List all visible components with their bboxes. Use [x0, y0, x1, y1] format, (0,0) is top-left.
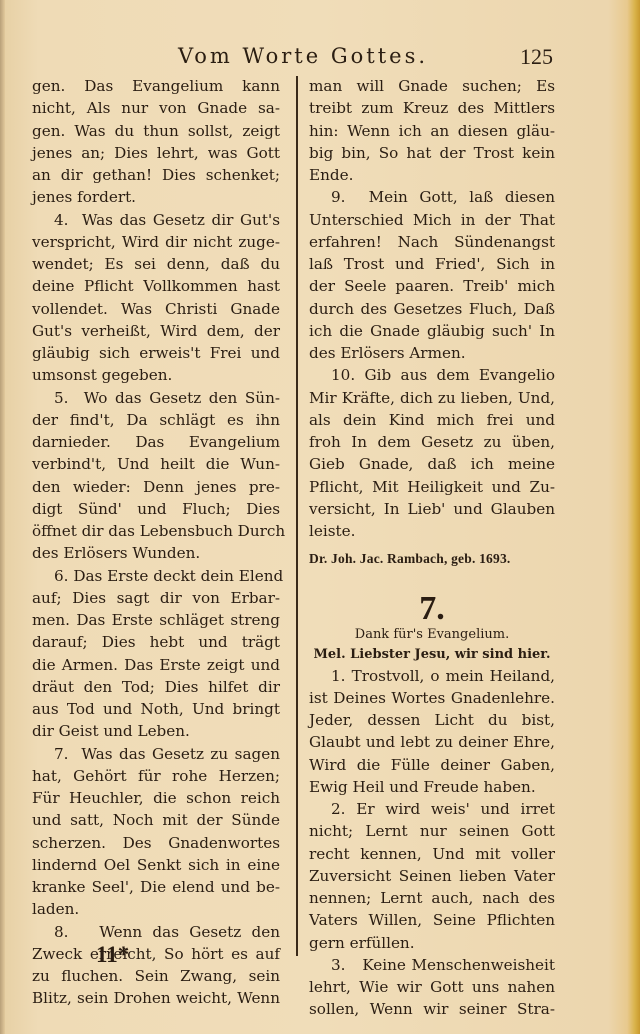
hymn-title: Dank für's Evangelium. — [309, 625, 555, 645]
text-line: froh In dem Gesetz zu üben, — [309, 431, 555, 453]
text-line: der find't, Da schlägt es ihn — [32, 409, 280, 431]
text-line: des Erlösers Wunden. — [32, 542, 280, 564]
text-line: laden. — [32, 898, 280, 920]
text-line: gern erfüllen. — [309, 932, 555, 954]
verse-number: 7. — [54, 745, 69, 763]
text-line: und satt, Noch mit der Sünde — [32, 809, 280, 831]
text-line: des Erlösers Armen. — [309, 342, 555, 364]
text-line: aus Tod und Noth, Und bringt — [32, 698, 280, 720]
text-line: Jeder, dessen Licht du bist, — [309, 709, 555, 731]
verse-10: 10. Gib aus dem Evangelio Mir Kräfte, di… — [309, 364, 555, 542]
verse-first-line: 4. Was das Gesetz dir Gut's — [32, 209, 280, 231]
hymn-author-attribution: Dr. Joh. Jac. Rambach, geb. 1693. — [309, 548, 555, 570]
verse-number: 6. — [54, 567, 69, 585]
hymn7-verse-3: 3. Keine Menschenweisheit lehrt, Wie wir… — [309, 954, 555, 1021]
verse-first-line: 8. Wenn das Gesetz den — [32, 921, 280, 943]
text-line: Vaters Willen, Seine Pflichten — [309, 909, 555, 931]
text-line: ist Deines Wortes Gnadenlehre. — [309, 687, 555, 709]
text-line: digt Sünd' und Fluch; Dies — [32, 498, 280, 520]
verse-9: 9. Mein Gott, laß diesen Unterschied Mic… — [309, 186, 555, 364]
text-line: leiste. — [309, 520, 555, 542]
text-line: vollendet. Was Christi Gnade — [32, 298, 280, 320]
verse-first-line: 6. Das Erste deckt dein Elend — [32, 565, 280, 587]
verse-8: 8. Wenn das Gesetz den Zweck erreicht, S… — [32, 921, 280, 1010]
text-line: lindernd Oel Senkt sich in eine — [32, 854, 280, 876]
text-line: nicht, Als nur von Gnade sa- — [32, 97, 280, 119]
verse-first-line: 10. Gib aus dem Evangelio — [309, 364, 555, 386]
verse-number: 10. — [331, 366, 355, 384]
text-line: verspricht, Wird dir nicht zuge- — [32, 231, 280, 253]
text-line: Ende. — [309, 164, 555, 186]
verse-first-line: 9. Mein Gott, laß diesen — [309, 186, 555, 208]
text-line: nicht; Lernt nur seinen Gott — [309, 820, 555, 842]
text-line: versicht, In Lieb' und Glauben — [309, 498, 555, 520]
hymn-melody: Mel. Liebster Jesu, wir sind hier. — [309, 645, 555, 665]
text-line: gen. Das Evangelium kann — [32, 75, 280, 97]
text-line: gen. Was du thun sollst, zeigt — [32, 120, 280, 142]
text-line: big bin, So hat der Trost kein — [309, 142, 555, 164]
text-line: dräut den Tod; Dies hilfet dir — [32, 676, 280, 698]
text-line: an dir gethan! Dies schenket; — [32, 164, 280, 186]
text-line: recht kennen, Und mit voller — [309, 843, 555, 865]
text-line: verbind't, Und heilt die Wun- — [32, 453, 280, 475]
text-line: gläubig sich erweis't Frei und — [32, 342, 280, 364]
text-line: hin: Wenn ich an diesen gläu- — [309, 120, 555, 142]
text-line: Mir Kräfte, dich zu lieben, Und, — [309, 387, 555, 409]
text-line: Wird die Fülle deiner Gaben, — [309, 754, 555, 776]
running-title: Vom Worte Gottes. — [178, 44, 428, 68]
text-line: Für Heuchler, die schon reich — [32, 787, 280, 809]
text-line: erfahren! Nach Sündenangst — [309, 231, 555, 253]
right-column: man will Gnade suchen; Es treibt zum Kre… — [309, 75, 555, 1021]
verse-number: 2. — [331, 800, 346, 818]
page-header: Vom Worte Gottes. 125 — [0, 40, 640, 70]
text-line: Gut's verheißt, Wird dem, der — [32, 320, 280, 342]
verse-7: 7. Was das Gesetz zu sagen hat, Gehört f… — [32, 743, 280, 921]
page-gutter-shadow — [0, 0, 5, 1034]
verse-first-line: 5. Wo das Gesetz den Sün- — [32, 387, 280, 409]
verse-5: 5. Wo das Gesetz den Sün- der find't, Da… — [32, 387, 280, 565]
text-line: darnieder. Das Evangelium — [32, 431, 280, 453]
text-line: Glaubt und lebt zu deiner Ehre, — [309, 731, 555, 753]
verse-continuation: gen. Das Evangelium kann nicht, Als nur … — [32, 75, 280, 209]
text-line: hat, Gehört für rohe Herzen; — [32, 765, 280, 787]
text-line: zu fluchen. Sein Zwang, sein — [32, 965, 280, 987]
text-line: treibt zum Kreuz des Mittlers — [309, 97, 555, 119]
text-line: wendet; Es sei denn, daß du — [32, 253, 280, 275]
text-line: als dein Kind mich frei und — [309, 409, 555, 431]
verse-first-line: 2. Er wird weis' und irret — [309, 798, 555, 820]
text-line: lehrt, Wie wir Gott uns nahen — [309, 976, 555, 998]
column-divider — [296, 76, 298, 956]
verse-number: 1. — [331, 667, 346, 685]
verse-first-line: 1. Trostvoll, o mein Heiland, — [309, 665, 555, 687]
hymn7-verse-2: 2. Er wird weis' und irret nicht; Lernt … — [309, 798, 555, 954]
hymn7-verse-1: 1. Trostvoll, o mein Heiland, ist Deines… — [309, 665, 555, 799]
text-line: Zuversicht Seinen lieben Vater — [309, 865, 555, 887]
verse-first-line: 3. Keine Menschenweisheit — [309, 954, 555, 976]
verse-number: 3. — [331, 956, 346, 974]
text-line: Blitz, sein Drohen weicht, Wenn — [32, 987, 280, 1009]
text-line: darauf; Dies hebt und trägt — [32, 631, 280, 653]
text-line: scherzen. Des Gnadenwortes — [32, 832, 280, 854]
text-line: jenes fordert. — [32, 186, 280, 208]
text-line: Gieb Gnade, daß ich meine — [309, 453, 555, 475]
text-line: Pflicht, Mit Heiligkeit und Zu- — [309, 476, 555, 498]
text-line: umsonst gegeben. — [32, 364, 280, 386]
text-line: Ewig Heil und Freude haben. — [309, 776, 555, 798]
verse-4: 4. Was das Gesetz dir Gut's verspricht, … — [32, 209, 280, 387]
text-line: kranke Seel', Die elend und be- — [32, 876, 280, 898]
text-line: nennen; Lernt auch, nach des — [309, 887, 555, 909]
text-line: öffnet dir das Lebensbuch Durch — [32, 520, 280, 542]
text-line: laß Trost und Fried', Sich in — [309, 253, 555, 275]
hymn-number: 7. — [309, 593, 555, 625]
text-line: die Armen. Das Erste zeigt und — [32, 654, 280, 676]
text-line: men. Das Erste schläget streng — [32, 609, 280, 631]
text-line: sollen, Wenn wir seiner Stra- — [309, 998, 555, 1020]
text-line: ich die Gnade gläubig such' In — [309, 320, 555, 342]
text-line: den wieder: Denn jenes pre- — [32, 476, 280, 498]
text-line: dir Geist und Leben. — [32, 720, 280, 742]
verse-continuation: man will Gnade suchen; Es treibt zum Kre… — [309, 75, 555, 186]
verse-number: 4. — [54, 211, 69, 229]
verse-number: 8. — [54, 923, 69, 941]
text-line: Zweck erreicht, So hört es auf — [32, 943, 280, 965]
text-line: jenes an; Dies lehrt, was Gott — [32, 142, 280, 164]
text-line: Unterschied Mich in der That — [309, 209, 555, 231]
book-page: Vom Worte Gottes. 125 gen. Das Evangeliu… — [0, 0, 640, 1034]
page-number: 125 — [520, 44, 553, 70]
verse-6: 6. Das Erste deckt dein Elend auf; Dies … — [32, 565, 280, 743]
verse-number: 9. — [331, 188, 346, 206]
left-column: gen. Das Evangelium kann nicht, Als nur … — [32, 75, 280, 1010]
text-line: auf; Dies sagt dir von Erbar- — [32, 587, 280, 609]
text-line: der Seele paaren. Treib' mich — [309, 275, 555, 297]
text-line: durch des Gesetzes Fluch, Daß — [309, 298, 555, 320]
text-line: man will Gnade suchen; Es — [309, 75, 555, 97]
printer-signature-mark: 11* — [96, 942, 129, 968]
verse-number: 5. — [54, 389, 69, 407]
verse-first-line: 7. Was das Gesetz zu sagen — [32, 743, 280, 765]
text-line: deine Pflicht Vollkommen hast — [32, 275, 280, 297]
